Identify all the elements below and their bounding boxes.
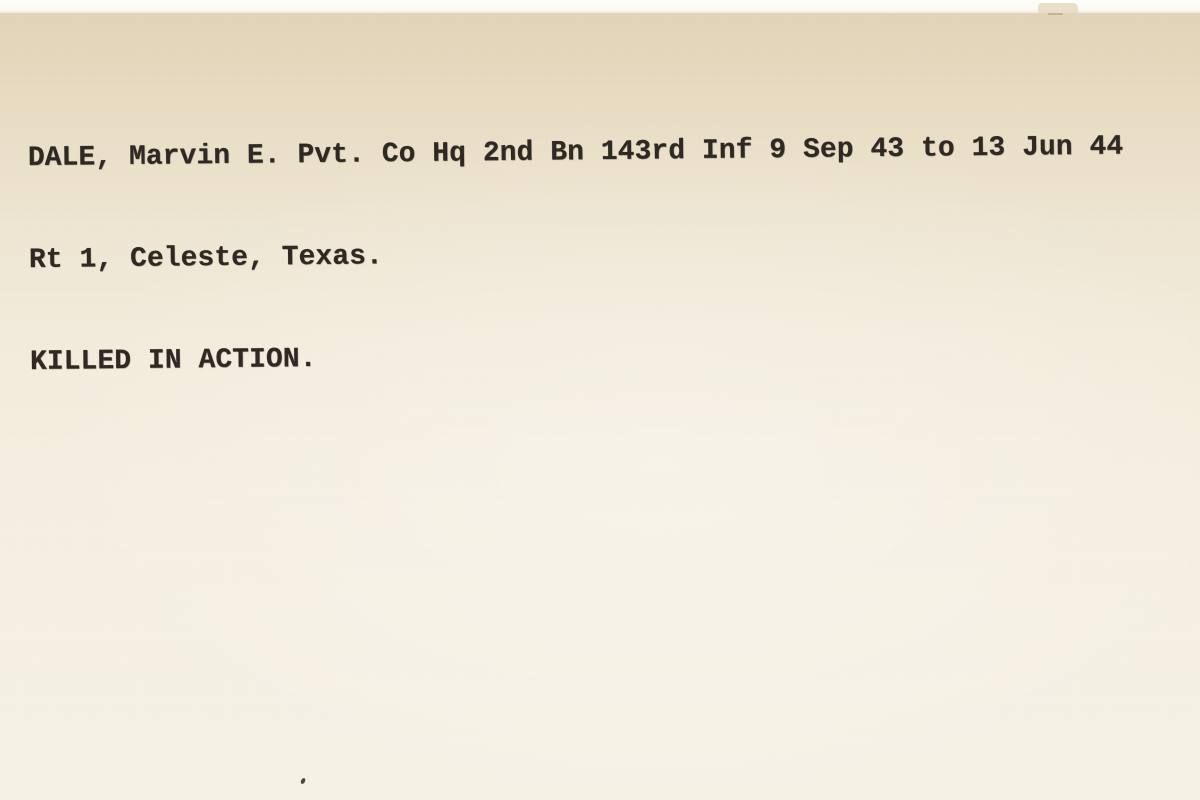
scan-edge-notch	[1038, 3, 1078, 13]
ink-speck	[300, 778, 306, 785]
card-line-address: Rt 1, Celeste, Texas.	[29, 233, 1125, 278]
scan-artifact-mark	[1048, 13, 1063, 15]
typed-text-block: DALE, Marvin E. Pvt. Co Hq 2nd Bn 143rd …	[27, 63, 1126, 448]
card-line-status: KILLED IN ACTION.	[30, 335, 1126, 380]
scanned-index-card: DALE, Marvin E. Pvt. Co Hq 2nd Bn 143rd …	[0, 0, 1200, 800]
scan-edge-strip	[0, 0, 1200, 13]
card-line-service-record: DALE, Marvin E. Pvt. Co Hq 2nd Bn 143rd …	[28, 131, 1124, 176]
